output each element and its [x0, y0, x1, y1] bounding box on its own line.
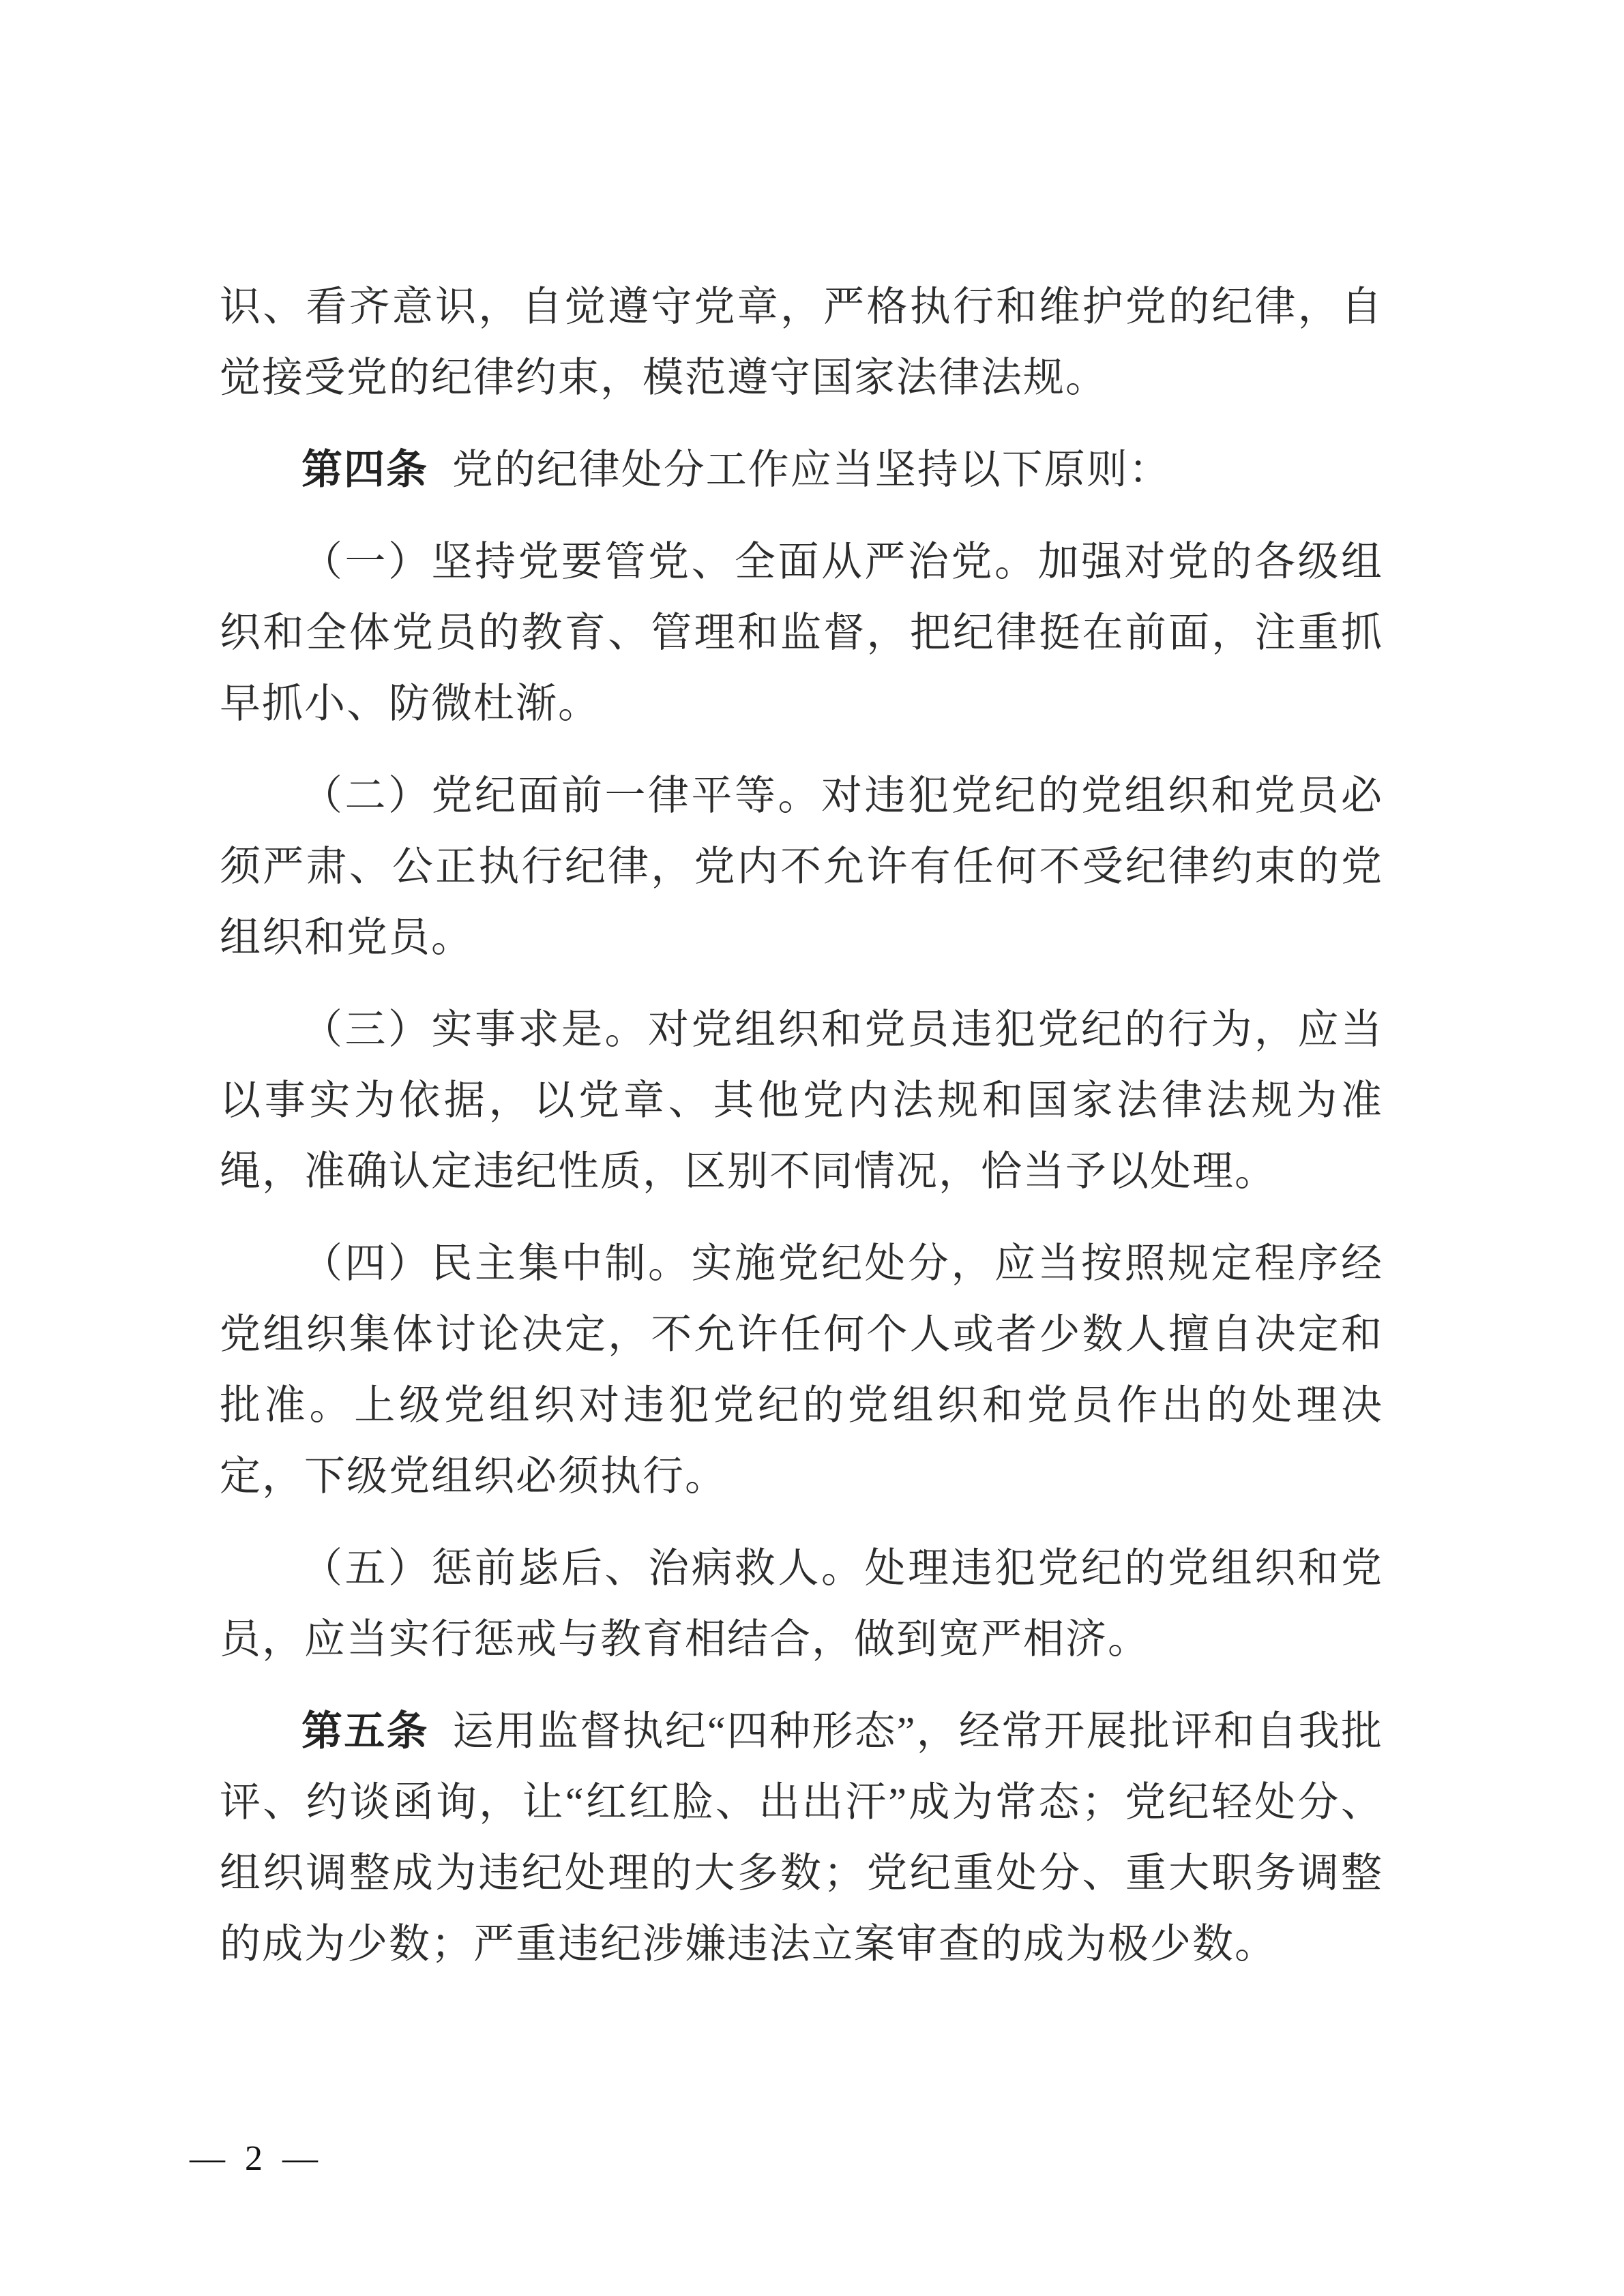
paragraph-principle-4: （四）民主集中制。实施党纪处分，应当按照规定程序经党组织集体讨论决定，不允许任何…	[220, 1228, 1383, 1512]
article-4-heading: 第四条	[301, 447, 428, 492]
article-5-heading: 第五条	[301, 1708, 429, 1754]
document-page: 识、看齐意识，自觉遵守党章，严格执行和维护党的纪律，自觉接受党的纪律约束，模范遵…	[0, 0, 1624, 2296]
paragraph-principle-3: （三）实事求是。对党组织和党员违犯党纪的行为，应当以事实为依据，以党章、其他党内…	[220, 994, 1383, 1207]
paragraph-principle-5: （五）惩前毖后、治病救人。处理违犯党纪的党组织和党员，应当实行惩戒与教育相结合，…	[220, 1533, 1383, 1675]
article-4-text: 党的纪律处分工作应当坚持以下原则：	[452, 447, 1171, 492]
paragraph-continuation: 识、看齐意识，自觉遵守党章，严格执行和维护党的纪律，自觉接受党的纪律约束，模范遵…	[220, 271, 1383, 413]
paragraph-article-5: 第五条运用监督执纪“四种形态”，经常开展批评和自我批评、约谈函询，让“红红脸、出…	[220, 1696, 1383, 1980]
page-number: — 2 —	[190, 2138, 323, 2179]
document-body: 识、看齐意识，自觉遵守党章，严格执行和维护党的纪律，自觉接受党的纪律约束，模范遵…	[220, 271, 1383, 1980]
paragraph-principle-1: （一）坚持党要管党、全面从严治党。加强对党的各级组织和全体党员的教育、管理和监督…	[220, 526, 1383, 739]
paragraph-principle-2: （二）党纪面前一律平等。对违犯党纪的党组织和党员必须严肃、公正执行纪律，党内不允…	[220, 760, 1383, 973]
paragraph-article-4: 第四条党的纪律处分工作应当坚持以下原则：	[220, 434, 1383, 505]
